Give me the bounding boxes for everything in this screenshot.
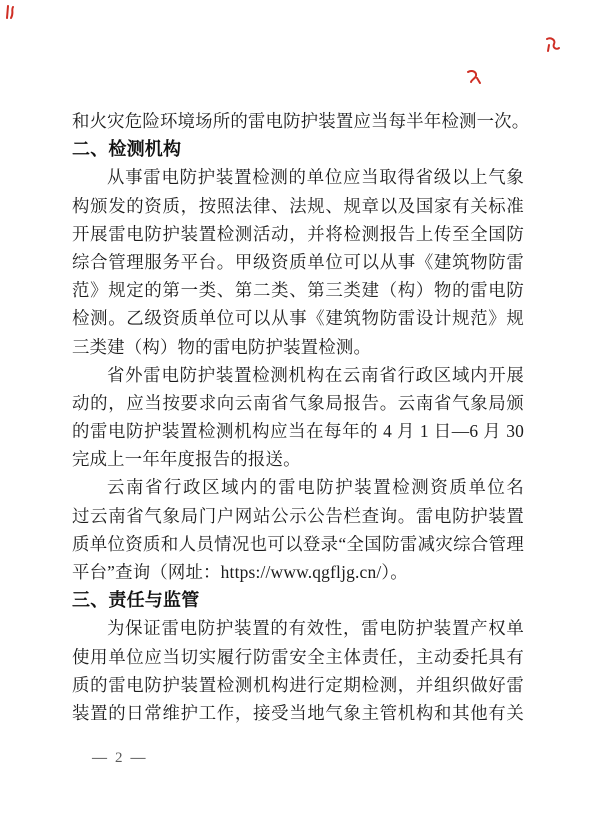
- footer-dash-left: —: [92, 750, 107, 767]
- text-line: 过云南省气象局门户网站公示公告栏查询。雷电防护装置检测资: [72, 502, 524, 530]
- text-line: 动的，应当按要求向云南省气象局报告。云南省气象局颁发资质: [72, 389, 524, 417]
- text-line: 从事雷电防护装置检测的单位应当取得省级以上气象主管机: [72, 163, 524, 191]
- red-ink-mark-top-left: [5, 5, 17, 20]
- text-line: 完成上一年年度报告的报送。: [72, 445, 524, 473]
- text-line: 质单位资质和人员情况也可以登录“全国防雷减灾综合管理服务: [72, 530, 524, 558]
- footer-page-number: 2: [115, 750, 123, 767]
- text-line: 装置的日常维护工作，接受当地气象主管机构和其他有关部门的: [72, 699, 524, 727]
- text-line: 为保证雷电防护装置的有效性，雷电防护装置产权单位或者: [72, 614, 524, 642]
- text-line: 的雷电防护装置检测机构应当在每年的 4 月 1 日—6 月 30 日期间: [72, 417, 524, 445]
- text-line: 开展雷电防护装置检测活动，并将检测报告上传至全国防雷减灾: [72, 220, 524, 248]
- text-line: 三类建（构）物的雷电防护装置检测。: [72, 333, 524, 361]
- text-line: 质的雷电防护装置检测机构进行定期检测，并组织做好雷电防护: [72, 671, 524, 699]
- footer-dash-right: —: [131, 750, 146, 767]
- section-heading: 二、检测机构: [72, 135, 524, 163]
- text-line: 范》规定的第一类、第二类、第三类建（构）物的雷电防护装置: [72, 276, 524, 304]
- document-body: 和火灾危险环境场所的雷电防护装置应当每半年检测一次。二、检测机构从事雷电防护装置…: [72, 107, 524, 727]
- red-ink-mark-right: [466, 68, 482, 85]
- text-line: 综合管理服务平台。甲级资质单位可以从事《建筑物防雷设计规: [72, 248, 524, 276]
- text-line: 使用单位应当切实履行防雷安全主体责任，主动委托具有相应资: [72, 643, 524, 671]
- text-line: 平台”查询（网址：https://www.qgfljg.cn/）。: [72, 558, 524, 586]
- document-page: 和火灾危险环境场所的雷电防护装置应当每半年检测一次。二、检测机构从事雷电防护装置…: [0, 0, 593, 836]
- text-line: 云南省行政区域内的雷电防护装置检测资质单位名录，可通: [72, 473, 524, 501]
- page-footer: — 2 —: [92, 750, 146, 767]
- red-ink-mark-top-right: [545, 36, 561, 53]
- section-heading: 三、责任与监管: [72, 586, 524, 614]
- text-line: 和火灾危险环境场所的雷电防护装置应当每半年检测一次。: [72, 107, 524, 135]
- text-line: 省外雷电防护装置检测机构在云南省行政区域内开展检测活: [72, 361, 524, 389]
- text-line: 构颁发的资质，按照法律、法规、规章以及国家有关标准的规定: [72, 192, 524, 220]
- text-line: 检测。乙级资质单位可以从事《建筑物防雷设计规范》规定的第: [72, 304, 524, 332]
